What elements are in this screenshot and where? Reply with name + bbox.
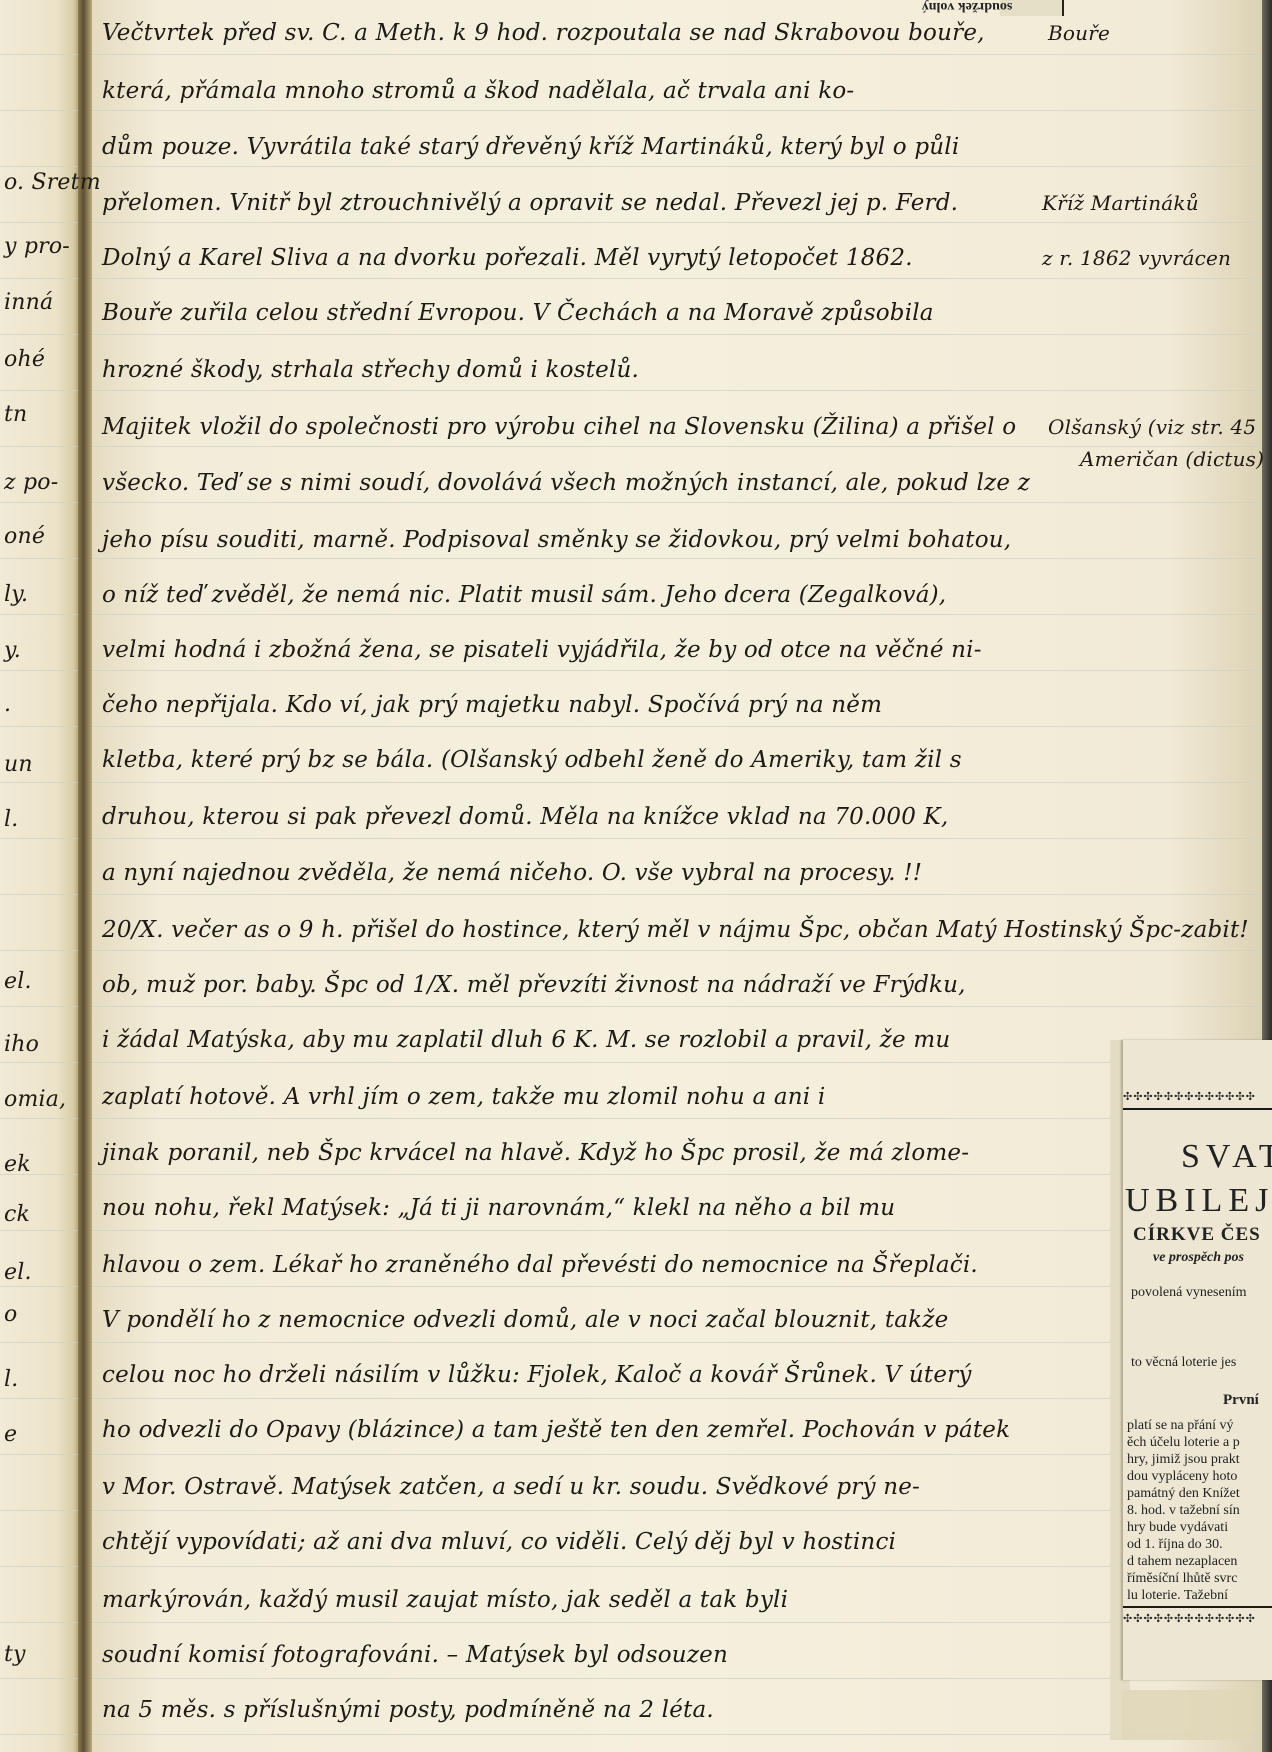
ruled-line xyxy=(0,446,80,447)
ruled-line xyxy=(0,1398,80,1399)
ruled-line xyxy=(0,1342,80,1343)
margin-note: Olšanský (viz str. 45 xyxy=(1048,412,1256,442)
ruled-line xyxy=(92,1398,1262,1399)
ruled-line xyxy=(0,166,80,167)
ruled-line xyxy=(92,670,1262,671)
ruled-line xyxy=(92,838,1262,839)
margin-note: z r. 1862 vyvrácen xyxy=(1042,243,1231,273)
ruled-line xyxy=(92,558,1262,559)
ruled-line xyxy=(92,1454,1262,1455)
ruled-line xyxy=(92,278,1262,279)
ruled-line xyxy=(0,1230,80,1231)
ruled-line xyxy=(0,1006,80,1007)
left-page-fragment: un xyxy=(4,750,33,780)
left-page-fragment: ohé xyxy=(4,345,45,375)
leaflet-section-heading: První xyxy=(1223,1392,1259,1409)
margin-note: Bouře xyxy=(1048,18,1110,48)
leaflet-body-line: ěch účelu loterie a p xyxy=(1127,1435,1240,1451)
manuscript-line: jinak poranil, neb Špc krvácel na hlavě.… xyxy=(102,1138,969,1168)
paper-backing xyxy=(1122,1690,1252,1740)
ruled-line xyxy=(92,1342,1262,1343)
leaflet-body-line: 8. hod. v tažební sín xyxy=(1127,1503,1240,1519)
leaflet-body-line: lu loterie. Tažební xyxy=(1127,1588,1228,1604)
ruled-line xyxy=(0,110,80,111)
ruled-line xyxy=(0,950,80,951)
leaflet-body-line: od 1. října do 30. xyxy=(1127,1537,1223,1553)
ruled-line xyxy=(92,334,1262,335)
manuscript-line: na 5 měs. s příslušnými posty, podmíněně… xyxy=(102,1695,714,1725)
manuscript-line: druhou, kterou si pak převezl domů. Měla… xyxy=(102,802,948,832)
ruled-line xyxy=(0,222,80,223)
leaflet-body-line: hry bude vydávati xyxy=(1127,1520,1228,1536)
ruled-line xyxy=(0,1510,80,1511)
leaflet-body-line: platí se na přání vý xyxy=(1127,1418,1234,1434)
margin-note: Američan (dictus) xyxy=(1080,444,1264,474)
ruled-line xyxy=(92,502,1262,503)
left-page-fragment: oné xyxy=(4,522,45,552)
ruled-line xyxy=(92,1118,1262,1119)
left-page-fragment: o. Sretm xyxy=(4,168,101,198)
manuscript-line: velmi hodná i zbožná žena, se pisateli v… xyxy=(102,635,982,665)
manuscript-line: Dolný a Karel Sliva a na dvorku pořezali… xyxy=(102,243,913,273)
manuscript-line: celou noc ho drželi násilím v lůžku: Fjo… xyxy=(102,1360,972,1390)
ruled-line xyxy=(0,894,80,895)
lottery-leaflet: ✣✣✣✣✣✣✣✣✣✣✣✣✣ SVAT UBILEJN CÍRKVE ČES ve… xyxy=(1122,1040,1272,1680)
manuscript-line: 20/X. večer as o 9 h. přišel do hostince… xyxy=(102,915,1249,945)
manuscript-line: zaplatí hotově. A vrhl jím o zem, takže … xyxy=(102,1082,825,1112)
manuscript-line: v Mor. Ostravě. Matýsek zatčen, a sedí u… xyxy=(102,1472,920,1502)
ruled-line xyxy=(92,614,1262,615)
ruled-line xyxy=(92,1286,1262,1287)
leaflet-line: povolená vynesením xyxy=(1131,1285,1246,1301)
ruled-line xyxy=(92,110,1262,111)
left-page-fragment: ek xyxy=(4,1150,31,1180)
manuscript-line: Majitek vložil do společnosti pro výrobu… xyxy=(102,412,1016,442)
ruled-line xyxy=(92,1566,1262,1567)
rule-bottom xyxy=(1123,1606,1272,1608)
manuscript-line: a nyní najednou zvěděla, že nemá ničeho.… xyxy=(102,858,922,888)
leaflet-body-line: památný den Knížet xyxy=(1127,1486,1240,1502)
ruled-line xyxy=(92,950,1262,951)
ruled-line xyxy=(0,390,80,391)
ruled-line xyxy=(92,1734,1262,1735)
left-page-fragment: omia, xyxy=(4,1085,66,1115)
ruled-line xyxy=(0,1454,80,1455)
manuscript-line: která, přámala mnoho stromů a škod naděl… xyxy=(102,76,854,106)
manuscript-line: ob, muž por. baby. Špc od 1/X. měl převz… xyxy=(102,970,966,1000)
ruled-line xyxy=(92,222,1262,223)
ruled-line xyxy=(0,838,80,839)
left-page-fragment: iho xyxy=(4,1030,39,1060)
leaflet-tagline: ve prospěch pos xyxy=(1153,1250,1244,1266)
manuscript-line: všecko. Teď se s nimi soudí, dovolává vš… xyxy=(102,468,1030,498)
manuscript-line: hrozné škody, strhala střechy domů i kos… xyxy=(102,355,639,385)
manuscript-line: dům pouze. Vyvrátila také starý dřevěný … xyxy=(102,132,959,162)
ruled-line xyxy=(92,782,1262,783)
manuscript-line: V pondělí ho z nemocnice odvezli domů, a… xyxy=(102,1305,948,1335)
manuscript-line: i žádal Matýska, aby mu zaplatil dluh 6 … xyxy=(102,1025,950,1055)
left-page-fragment: ck xyxy=(4,1200,30,1230)
manuscript-line: čeho nepřijala. Kdo ví, jak prý majetku … xyxy=(102,690,882,720)
left-page-fragment: . xyxy=(4,690,11,720)
manuscript-line: jeho písu souditi, marně. Podpisoval smě… xyxy=(102,525,1011,555)
ruled-line xyxy=(0,1622,80,1623)
ruled-line xyxy=(0,54,80,55)
manuscript-line: hlavou o zem. Lékař ho zraněného dal pře… xyxy=(102,1250,978,1280)
ruled-line xyxy=(92,1622,1262,1623)
left-page-fragment: y pro- xyxy=(4,232,70,262)
ruled-line xyxy=(92,1006,1262,1007)
left-page-fragment: el. xyxy=(4,967,32,997)
manuscript-line: o níž teď zvěděl, že nemá nic. Platit mu… xyxy=(102,580,946,610)
left-page-fragment: y. xyxy=(4,636,21,666)
ruled-line xyxy=(0,1118,80,1119)
ruled-line xyxy=(92,1062,1262,1063)
ruled-line xyxy=(0,614,80,615)
leaflet-body-line: říměsíční lhůtě svrc xyxy=(1127,1571,1237,1587)
left-page-fragment: o xyxy=(4,1300,17,1330)
leaflet-body-line: dou vypláceny hoto xyxy=(1127,1469,1237,1485)
margin-note: Kříž Martináků xyxy=(1042,188,1199,218)
ruled-line xyxy=(0,278,80,279)
ruled-line xyxy=(0,334,80,335)
ruled-line xyxy=(92,1174,1262,1175)
left-page xyxy=(0,0,80,1752)
manuscript-line: Večtvrtek před sv. C. a Meth. k 9 hod. r… xyxy=(102,18,985,48)
left-page-fragment: ly. xyxy=(4,580,28,610)
ruled-line xyxy=(92,390,1262,391)
ruled-line xyxy=(92,166,1262,167)
ruled-line xyxy=(0,1734,80,1735)
ruled-line xyxy=(0,1566,80,1567)
leaflet-body-line: hry, jimiž jsou prakt xyxy=(1127,1452,1240,1468)
ruled-line xyxy=(0,558,80,559)
manuscript-line: kletba, které prý bz se bála. (Olšanský … xyxy=(102,745,962,775)
left-page-fragment: l. xyxy=(4,805,18,835)
manuscript-line: chtějí vypovídati; až ani dva mluví, co … xyxy=(102,1527,896,1557)
left-page-fragment: z po- xyxy=(4,468,58,498)
left-page-fragment: e xyxy=(4,1420,17,1450)
rule-top xyxy=(1123,1108,1272,1110)
left-page-fragment: l. xyxy=(4,1365,18,1395)
book-gutter xyxy=(78,0,92,1752)
leaflet-body-line: d tahem nezaplacen xyxy=(1127,1554,1237,1570)
ruled-line xyxy=(0,1678,80,1679)
ruled-line xyxy=(0,782,80,783)
left-page-fragment: el. xyxy=(4,1258,32,1288)
ornament-bottom: ✣✣✣✣✣✣✣✣✣✣✣✣✣ xyxy=(1123,1612,1272,1625)
manuscript-line: markýrován, každý musil zaujat místo, ja… xyxy=(102,1585,788,1615)
ruled-line xyxy=(0,726,80,727)
manuscript-line: ho odvezli do Opavy (blázince) a tam ješ… xyxy=(102,1415,1010,1445)
leaflet-line: to věcná loterie jes xyxy=(1131,1355,1236,1371)
ornament-top: ✣✣✣✣✣✣✣✣✣✣✣✣✣ xyxy=(1123,1090,1272,1103)
leaflet-title-1: SVAT xyxy=(1181,1138,1272,1176)
ruled-line xyxy=(92,894,1262,895)
ruled-line xyxy=(92,1230,1262,1231)
leaflet-subtitle: CÍRKVE ČES xyxy=(1133,1224,1261,1246)
manuscript-line: nou nohu, řekl Matýsek: „Já ti ji narovn… xyxy=(102,1193,895,1223)
ruled-line xyxy=(92,54,1262,55)
ruled-line xyxy=(92,1510,1262,1511)
ruled-line xyxy=(0,502,80,503)
ruled-line xyxy=(0,670,80,671)
manuscript-line: přelomen. Vnitř byl ztrouchnivělý a opra… xyxy=(102,188,958,218)
ruled-line xyxy=(92,726,1262,727)
manuscript-line: Bouře zuřila celou střední Evropou. V Če… xyxy=(102,298,934,328)
clipping-text: soudržek volný xyxy=(872,0,1062,14)
left-page-fragment: inná xyxy=(4,288,53,318)
leaflet-title-2: UBILEJN xyxy=(1125,1182,1272,1220)
manuscript-line: soudní komisí fotografováni. – Matýsek b… xyxy=(102,1640,728,1670)
ruled-line xyxy=(92,1678,1262,1679)
left-page-fragment: ty xyxy=(4,1640,26,1670)
ruled-line xyxy=(0,1062,80,1063)
left-page-fragment: tn xyxy=(4,400,27,430)
